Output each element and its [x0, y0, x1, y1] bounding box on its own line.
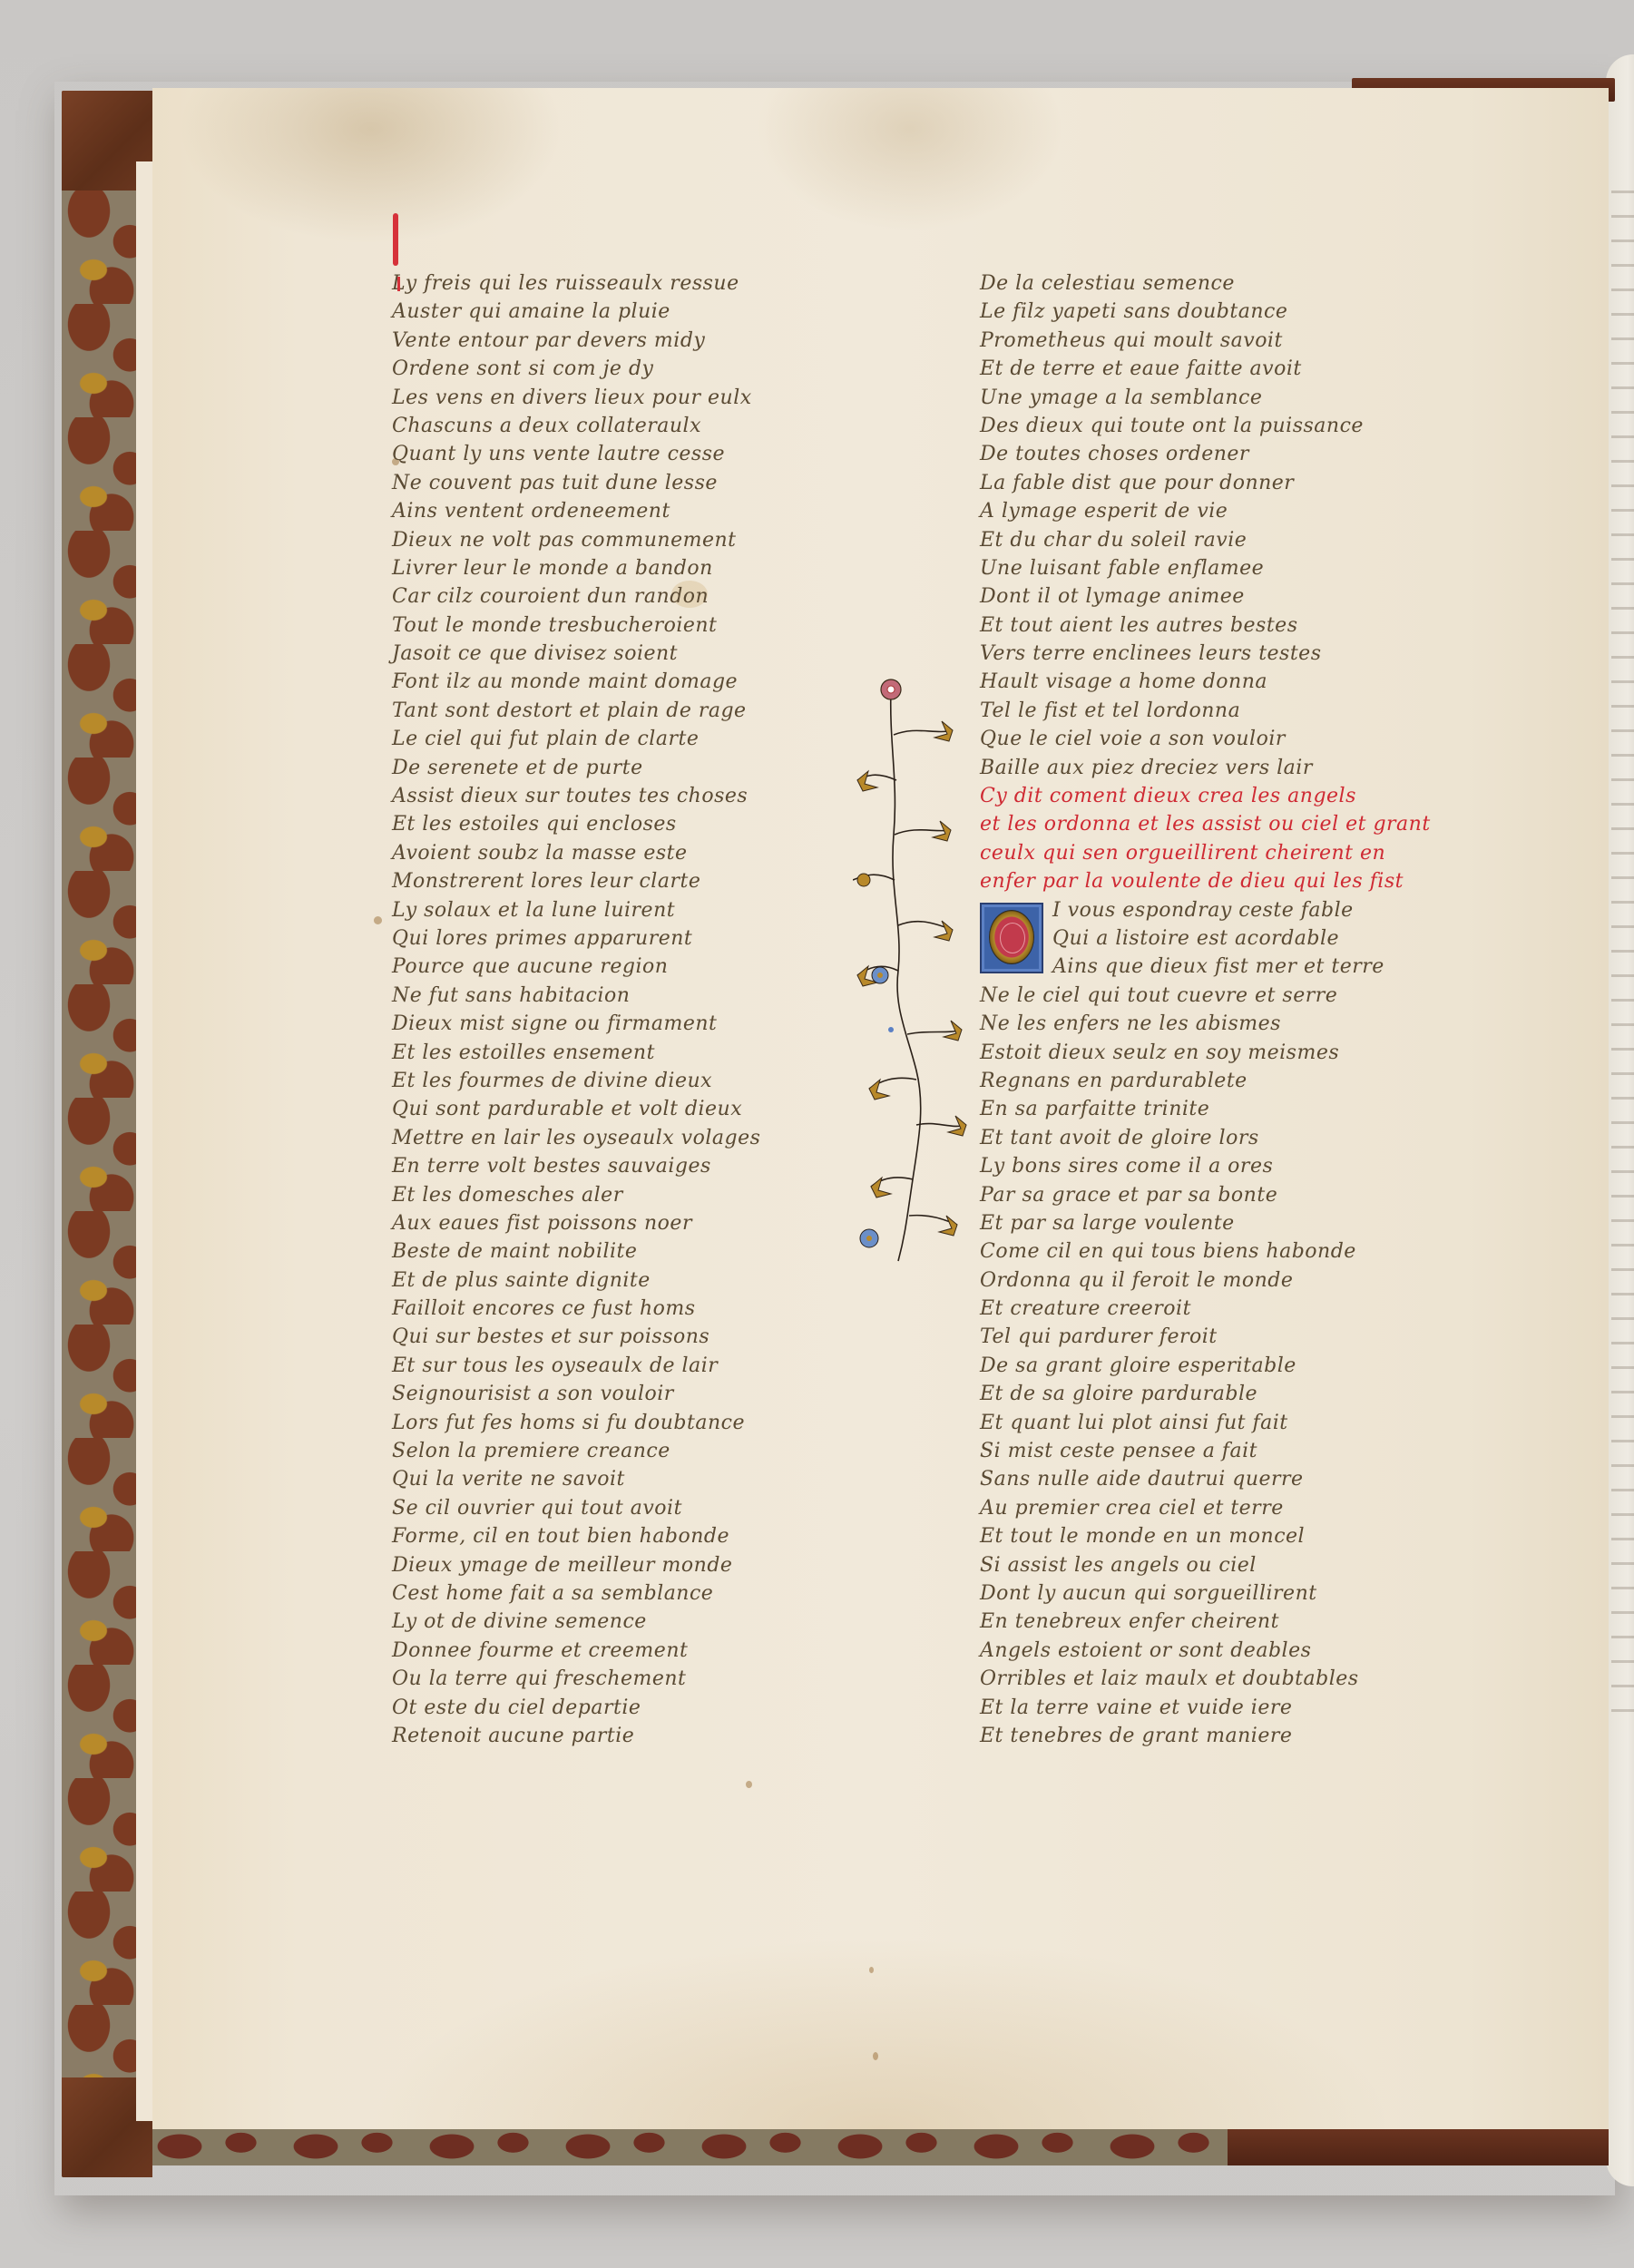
next-page-ghost-text — [1611, 191, 1634, 1733]
left-text-column: Ly freis qui les ruisseaulx ressue Auste… — [392, 269, 760, 1750]
text-line: Et de terre et eaue faitte avoit — [980, 355, 1431, 383]
text-line: Une luisant fable enflamee — [980, 554, 1431, 582]
text-line: De serenete et de purte — [392, 754, 760, 782]
text-line: Ordene sont si com je dy — [392, 355, 760, 383]
text-line: Des dieux qui toute ont la puissance — [980, 412, 1431, 440]
right-text-column: De la celestiau semence Le filz yapeti s… — [980, 269, 1431, 1750]
stain — [869, 1967, 874, 1973]
text-line: Si mist ceste pensee a fait — [980, 1437, 1431, 1465]
flower-icon — [860, 679, 901, 1247]
text-line: Le filz yapeti sans doubtance — [980, 298, 1431, 326]
text-line: Qui a listoire est acordable — [980, 924, 1431, 953]
text-line: Dont il ot lymage animee — [980, 582, 1431, 611]
text-line: Et la terre vaine et vuide iere — [980, 1694, 1431, 1722]
text-line: Car cilz couroient dun randon — [392, 582, 760, 611]
text-line: Et tout aient les autres bestes — [980, 611, 1431, 640]
text-line: Tant sont destort et plain de rage — [392, 697, 760, 725]
text-line: Dieux ne volt pas communement — [392, 526, 760, 554]
rubric-line: Cy dit coment dieux crea les angels — [980, 782, 1431, 810]
text-line: Tel qui pardurer feroit — [980, 1323, 1431, 1351]
illuminated-initial — [980, 903, 1043, 973]
text-line: De la celestiau semence — [980, 269, 1431, 298]
stain — [374, 916, 382, 924]
next-page-edge[interactable] — [1606, 54, 1634, 2186]
text-line: Auster qui amaine la pluie — [392, 298, 760, 326]
text-line: Ot este du ciel departie — [392, 1694, 760, 1722]
text-line: Retenoit aucune partie — [392, 1722, 760, 1750]
text-line: I vous espondray ceste fable — [980, 896, 1431, 924]
text-line: Orribles et laiz maulx et doubtables — [980, 1665, 1431, 1693]
text-line: Dont ly aucun qui sorgueillirent — [980, 1579, 1431, 1608]
text-line: Tout le monde tresbucheroient — [392, 611, 760, 640]
text-line: Lors fut fes homs si fu doubtance — [392, 1409, 760, 1437]
text-line: Cest home fait a sa semblance — [392, 1579, 760, 1608]
text-line: La fable dist que pour donner — [980, 469, 1431, 497]
text-line: Et les fourmes de divine dieux — [392, 1067, 760, 1095]
text-line: Jasoit ce que divisez soient — [392, 640, 760, 668]
text-line: Qui la verite ne savoit — [392, 1465, 760, 1493]
cover-leather-bottom-right — [1228, 2127, 1609, 2165]
text-line: Se cil ouvrier qui tout avoit — [392, 1494, 760, 1522]
text-line: Et quant lui plot ainsi fut fait — [980, 1409, 1431, 1437]
text-line: En sa parfaitte trinite — [980, 1095, 1431, 1123]
book-cover-bottom — [152, 2127, 1609, 2165]
text-line: Et tout le monde en un moncel — [980, 1522, 1431, 1550]
text-line: Quant ly uns vente lautre cesse — [392, 440, 760, 468]
text-line: A lymage esperit de vie — [980, 497, 1431, 525]
text-line: Beste de maint nobilite — [392, 1237, 760, 1266]
text-line: Ly ot de divine semence — [392, 1608, 760, 1636]
initial-letter-ring — [989, 910, 1034, 964]
text-line: Et tenebres de grant maniere — [980, 1722, 1431, 1750]
text-line: Dieux ymage de meilleur monde — [392, 1551, 760, 1579]
text-line: Seignourisist a son vouloir — [392, 1380, 760, 1408]
text-line: Ne couvent pas tuit dune lesse — [392, 469, 760, 497]
text-line: Failloit encores ce fust homs — [392, 1295, 760, 1323]
text-line: Selon la premiere creance — [392, 1437, 760, 1465]
text-line: Font ilz au monde maint domage — [392, 668, 760, 696]
rubric-line: enfer par la voulente de dieu qui les fi… — [980, 867, 1431, 895]
stain — [873, 2052, 878, 2060]
text-line: Et sur tous les oyseaulx de lair — [392, 1352, 760, 1380]
text-line: Et de sa gloire pardurable — [980, 1380, 1431, 1408]
floral-border-vine-icon — [853, 671, 980, 1270]
text-line: Et de plus sainte dignite — [392, 1266, 760, 1295]
text-line: Ly freis qui les ruisseaulx ressue — [392, 269, 760, 298]
text-line: Ly bons sires come il a ores — [980, 1152, 1431, 1180]
text-line: Le ciel qui fut plain de clarte — [392, 725, 760, 753]
rubric-initial-L — [393, 213, 398, 266]
text-line: Angels estoient or sont deables — [980, 1637, 1431, 1665]
text-line: Avoient soubz la masse este — [392, 839, 760, 867]
text-line: Et creature creeroit — [980, 1295, 1431, 1323]
stain — [746, 1781, 752, 1788]
text-line: Par sa grace et par sa bonte — [980, 1181, 1431, 1209]
text-line: En tenebreux enfer cheirent — [980, 1608, 1431, 1636]
text-line: Monstrerent lores leur clarte — [392, 867, 760, 895]
text-line: Ou la terre qui freschement — [392, 1665, 760, 1693]
text-line: Mettre en lair les oyseaulx volages — [392, 1124, 760, 1152]
text-line: Livrer leur le monde a bandon — [392, 554, 760, 582]
text-line: Et les estoilles ensement — [392, 1039, 760, 1067]
text-line: Vers terre enclinees leurs testes — [980, 640, 1431, 668]
text-line: Qui sur bestes et sur poissons — [392, 1323, 760, 1351]
text-line: Ains ventent ordeneement — [392, 497, 760, 525]
text-line: Et les estoiles qui encloses — [392, 810, 760, 838]
text-line: Qui sont pardurable et volt dieux — [392, 1095, 760, 1123]
text-line: Et du char du soleil ravie — [980, 526, 1431, 554]
text-line: De toutes choses ordener — [980, 440, 1431, 468]
rubric-line: et les ordonna et les assist ou ciel et … — [980, 810, 1431, 838]
text-line: Dieux mist signe ou firmament — [392, 1010, 760, 1038]
text-line: Les vens en divers lieux pour eulx — [392, 384, 760, 412]
text-line: Et par sa large voulente — [980, 1209, 1431, 1237]
text-line: Au premier crea ciel et terre — [980, 1494, 1431, 1522]
text-line: Pource que aucune region — [392, 953, 760, 981]
text-line: Vente entour par devers midy — [392, 327, 760, 355]
text-line: Tel le fist et tel lordonna — [980, 697, 1431, 725]
rubric-line: ceulx qui sen orgueillirent cheirent en — [980, 839, 1431, 867]
text-line: Sans nulle aide dautrui querre — [980, 1465, 1431, 1493]
text-line: Ne le ciel qui tout cuevre et serre — [980, 982, 1431, 1010]
text-line: Ly solaux et la lune luirent — [392, 896, 760, 924]
text-line: Qui lores primes apparurent — [392, 924, 760, 953]
text-line: Estoit dieux seulz en soy meismes — [980, 1039, 1431, 1067]
text-line: Et tant avoit de gloire lors — [980, 1124, 1431, 1152]
text-line: Prometheus qui moult savoit — [980, 327, 1431, 355]
text-line: Ordonna qu il feroit le monde — [980, 1266, 1431, 1295]
text-line: Aux eaues fist poissons noer — [392, 1209, 760, 1237]
text-line: Que le ciel voie a son vouloir — [980, 725, 1431, 753]
text-line: Forme, cil en tout bien habonde — [392, 1522, 760, 1550]
text-line: Si assist les angels ou ciel — [980, 1551, 1431, 1579]
text-line: Chascuns a deux collateraulx — [392, 412, 760, 440]
text-line: Regnans en pardurablete — [980, 1067, 1431, 1095]
text-line: Une ymage a la semblance — [980, 384, 1431, 412]
text-line: Assist dieux sur toutes tes choses — [392, 782, 760, 810]
text-line: Ne fut sans habitacion — [392, 982, 760, 1010]
text-line: De sa grant gloire esperitable — [980, 1352, 1431, 1380]
text-line: Come cil en qui tous biens habonde — [980, 1237, 1431, 1266]
text-line: Ne les enfers ne les abismes — [980, 1010, 1431, 1038]
text-line: Donnee fourme et creement — [392, 1637, 760, 1665]
text-line: En terre volt bestes sauvaiges — [392, 1152, 760, 1180]
text-line: Et les domesches aler — [392, 1181, 760, 1209]
text-line: Hault visage a home donna — [980, 668, 1431, 696]
text-line: Ains que dieux fist mer et terre — [980, 953, 1431, 981]
text-line: Baille aux piez dreciez vers lair — [980, 754, 1431, 782]
